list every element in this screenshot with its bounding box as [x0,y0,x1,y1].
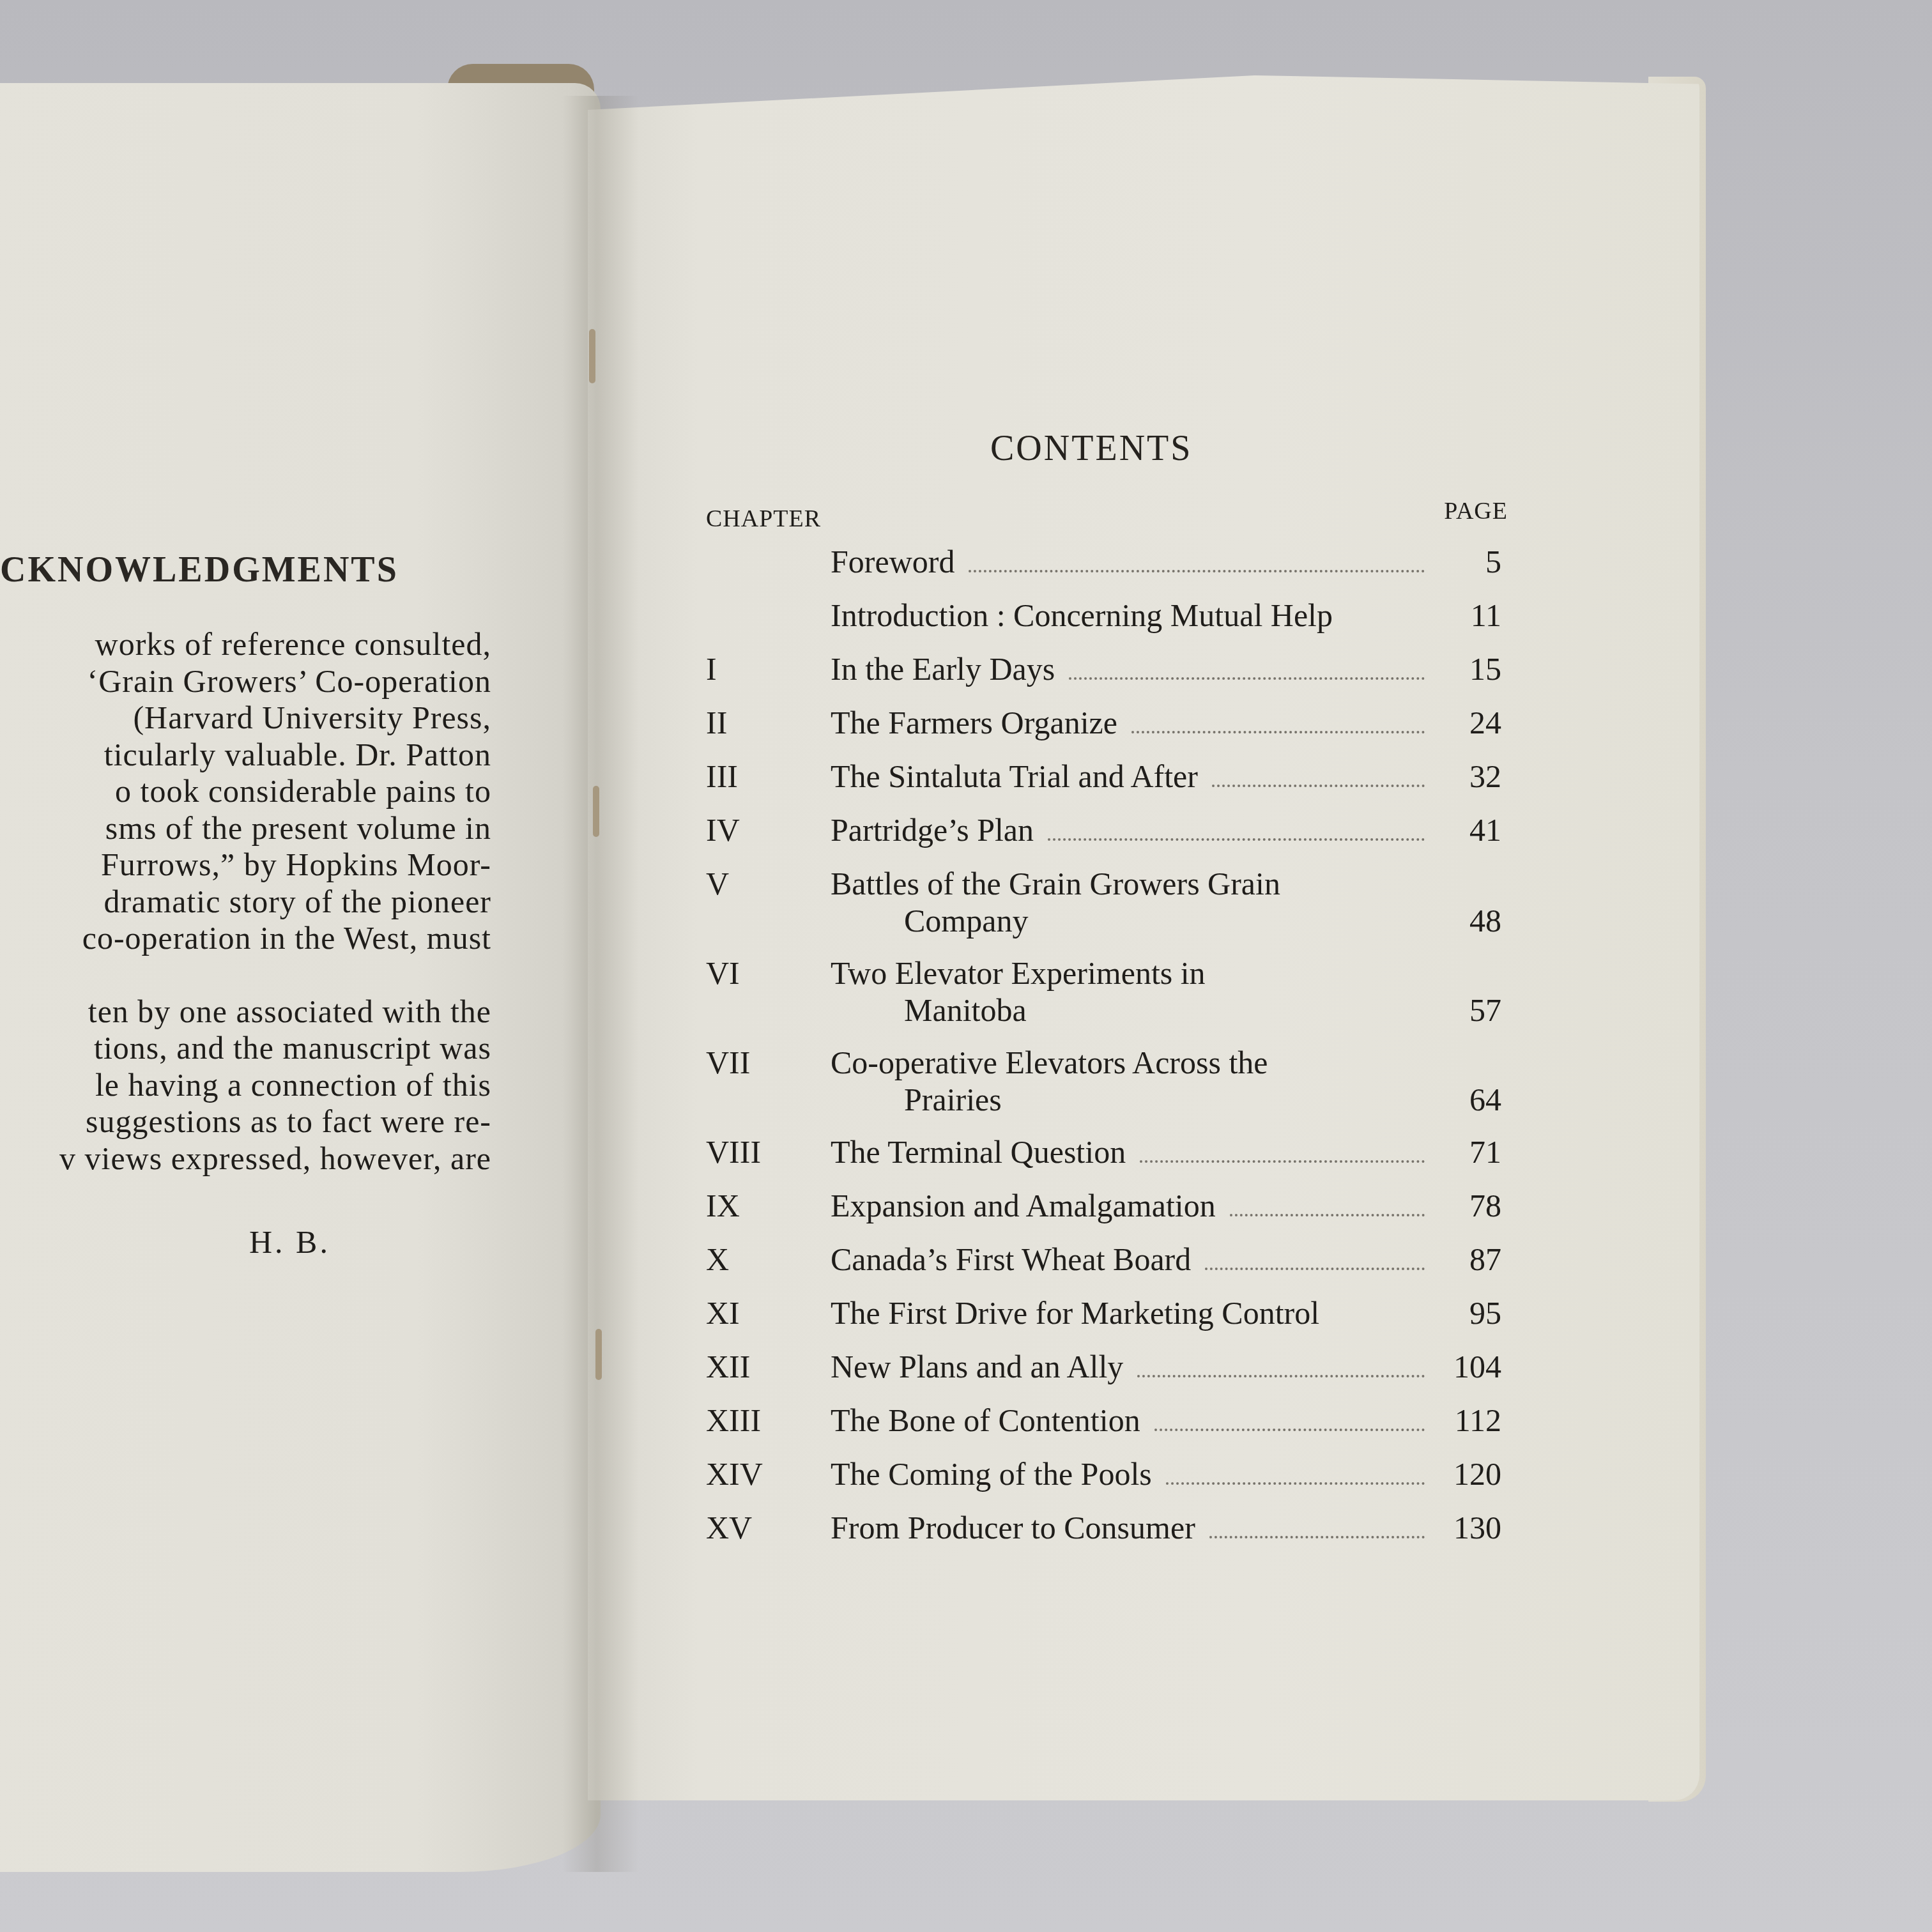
page-number: 71 [1469,1133,1501,1170]
chapter-title: The Terminal Question [831,1133,1126,1170]
text-line: Furrows,” by Hopkins Moor- [0,847,491,884]
chapter-title: New Plans and an Ally [831,1348,1123,1385]
dot-leader [1131,731,1425,733]
chapter-number: V [706,865,729,902]
chapter-title: The Farmers Organize [831,704,1117,741]
chapter-title: Partridge’s Plan [831,811,1034,848]
dot-leader [1212,785,1425,787]
dot-leader [1069,677,1425,680]
dot-leader [1166,1482,1425,1485]
chapter-number: XII [706,1348,750,1385]
page-number: 32 [1469,758,1501,795]
dot-leader [1154,1429,1425,1431]
acknowledgments-body: works of reference consulted,‘Grain Grow… [0,626,491,1177]
text-line: (Harvard University Press, [0,700,491,737]
chapter-title: From Producer to Consumer [831,1509,1195,1546]
chapter-number: X [706,1241,729,1278]
chapter-title: In the Early Days [831,650,1055,687]
page-number: 11 [1471,597,1501,634]
text-line: co-operation in the West, must [0,920,491,957]
dot-leader [1140,1160,1425,1163]
chapter-number: I [706,650,717,687]
page-number: 78 [1469,1187,1501,1224]
chapter-title-continued: Manitoba [904,992,1027,1029]
text-line: dramatic story of the pioneer [0,884,491,921]
signature-initials: H. B. [249,1223,330,1261]
gutter-shadow [562,96,639,1872]
chapter-number: VII [706,1044,750,1081]
chapter-number: VIII [706,1133,761,1170]
chapter-title: Co-operative Elevators Across the [831,1044,1268,1081]
chapter-title-continued: Prairies [904,1081,1002,1118]
text-line: works of reference consulted, [0,626,491,663]
page-number: 112 [1455,1402,1501,1439]
chapter-number: II [706,704,727,741]
chapter-title: Expansion and Amalgamation [831,1187,1216,1224]
page-number: 104 [1453,1348,1501,1385]
chapter-title: The Coming of the Pools [831,1455,1152,1492]
text-line: ten by one associated with the [0,993,491,1031]
chapter-title: Canada’s First Wheat Board [831,1241,1191,1278]
chapter-number: IX [706,1187,740,1224]
page-column-header: PAGE [1444,497,1508,525]
chapter-title: Foreword [831,543,954,580]
page-number: 87 [1469,1241,1501,1278]
acknowledgments-heading: CKNOWLEDGMENTS [0,549,399,590]
page-number: 130 [1453,1509,1501,1546]
chapter-number: XV [706,1509,752,1546]
text-line: suggestions as to fact were re- [0,1103,491,1140]
chapter-number: XI [706,1294,740,1331]
text-line: v views expressed, however, are [0,1140,491,1177]
chapter-title: Introduction : Concerning Mutual Help [831,597,1333,634]
page-number: 15 [1469,650,1501,687]
text-line: o took considerable pains to [0,773,491,810]
page-number: 120 [1453,1455,1501,1492]
binding-stitch [593,786,599,837]
binding-stitch [595,1329,602,1380]
page-number: 5 [1485,543,1501,580]
text-line: le having a connection of this [0,1067,491,1104]
page-number: 24 [1469,704,1501,741]
chapter-title: The Sintaluta Trial and After [831,758,1198,795]
dot-leader [1137,1375,1425,1377]
chapter-title-continued: Company [904,902,1028,939]
text-line: ticularly valuable. Dr. Patton [0,737,491,774]
page-number: 64 [1469,1081,1501,1118]
chapter-title: Two Elevator Experiments in [831,954,1206,992]
text-line: ‘Grain Growers’ Co-operation [0,663,491,700]
chapter-title: Battles of the Grain Growers Grain [831,865,1280,902]
dot-leader [1205,1268,1425,1270]
chapter-number: XIV [706,1455,763,1492]
chapter-title: The First Drive for Marketing Control [831,1294,1319,1331]
page-number: 48 [1469,902,1501,939]
chapter-column-header: CHAPTER [706,505,821,533]
dot-leader [1209,1536,1425,1538]
text-line: tions, and the manuscript was [0,1030,491,1067]
dot-leader [1230,1214,1425,1216]
chapter-number: XIII [706,1402,761,1439]
text-line: sms of the present volume in [0,810,491,847]
chapter-title: The Bone of Contention [831,1402,1140,1439]
chapter-number: VI [706,954,740,992]
binding-stitch [589,329,595,383]
page-number: 57 [1469,992,1501,1029]
contents-title: CONTENTS [990,428,1192,469]
page-number: 41 [1469,811,1501,848]
chapter-number: IV [706,811,740,848]
dot-leader [969,570,1425,572]
dot-leader [1048,838,1425,841]
page-number: 95 [1469,1294,1501,1331]
chapter-number: III [706,758,738,795]
